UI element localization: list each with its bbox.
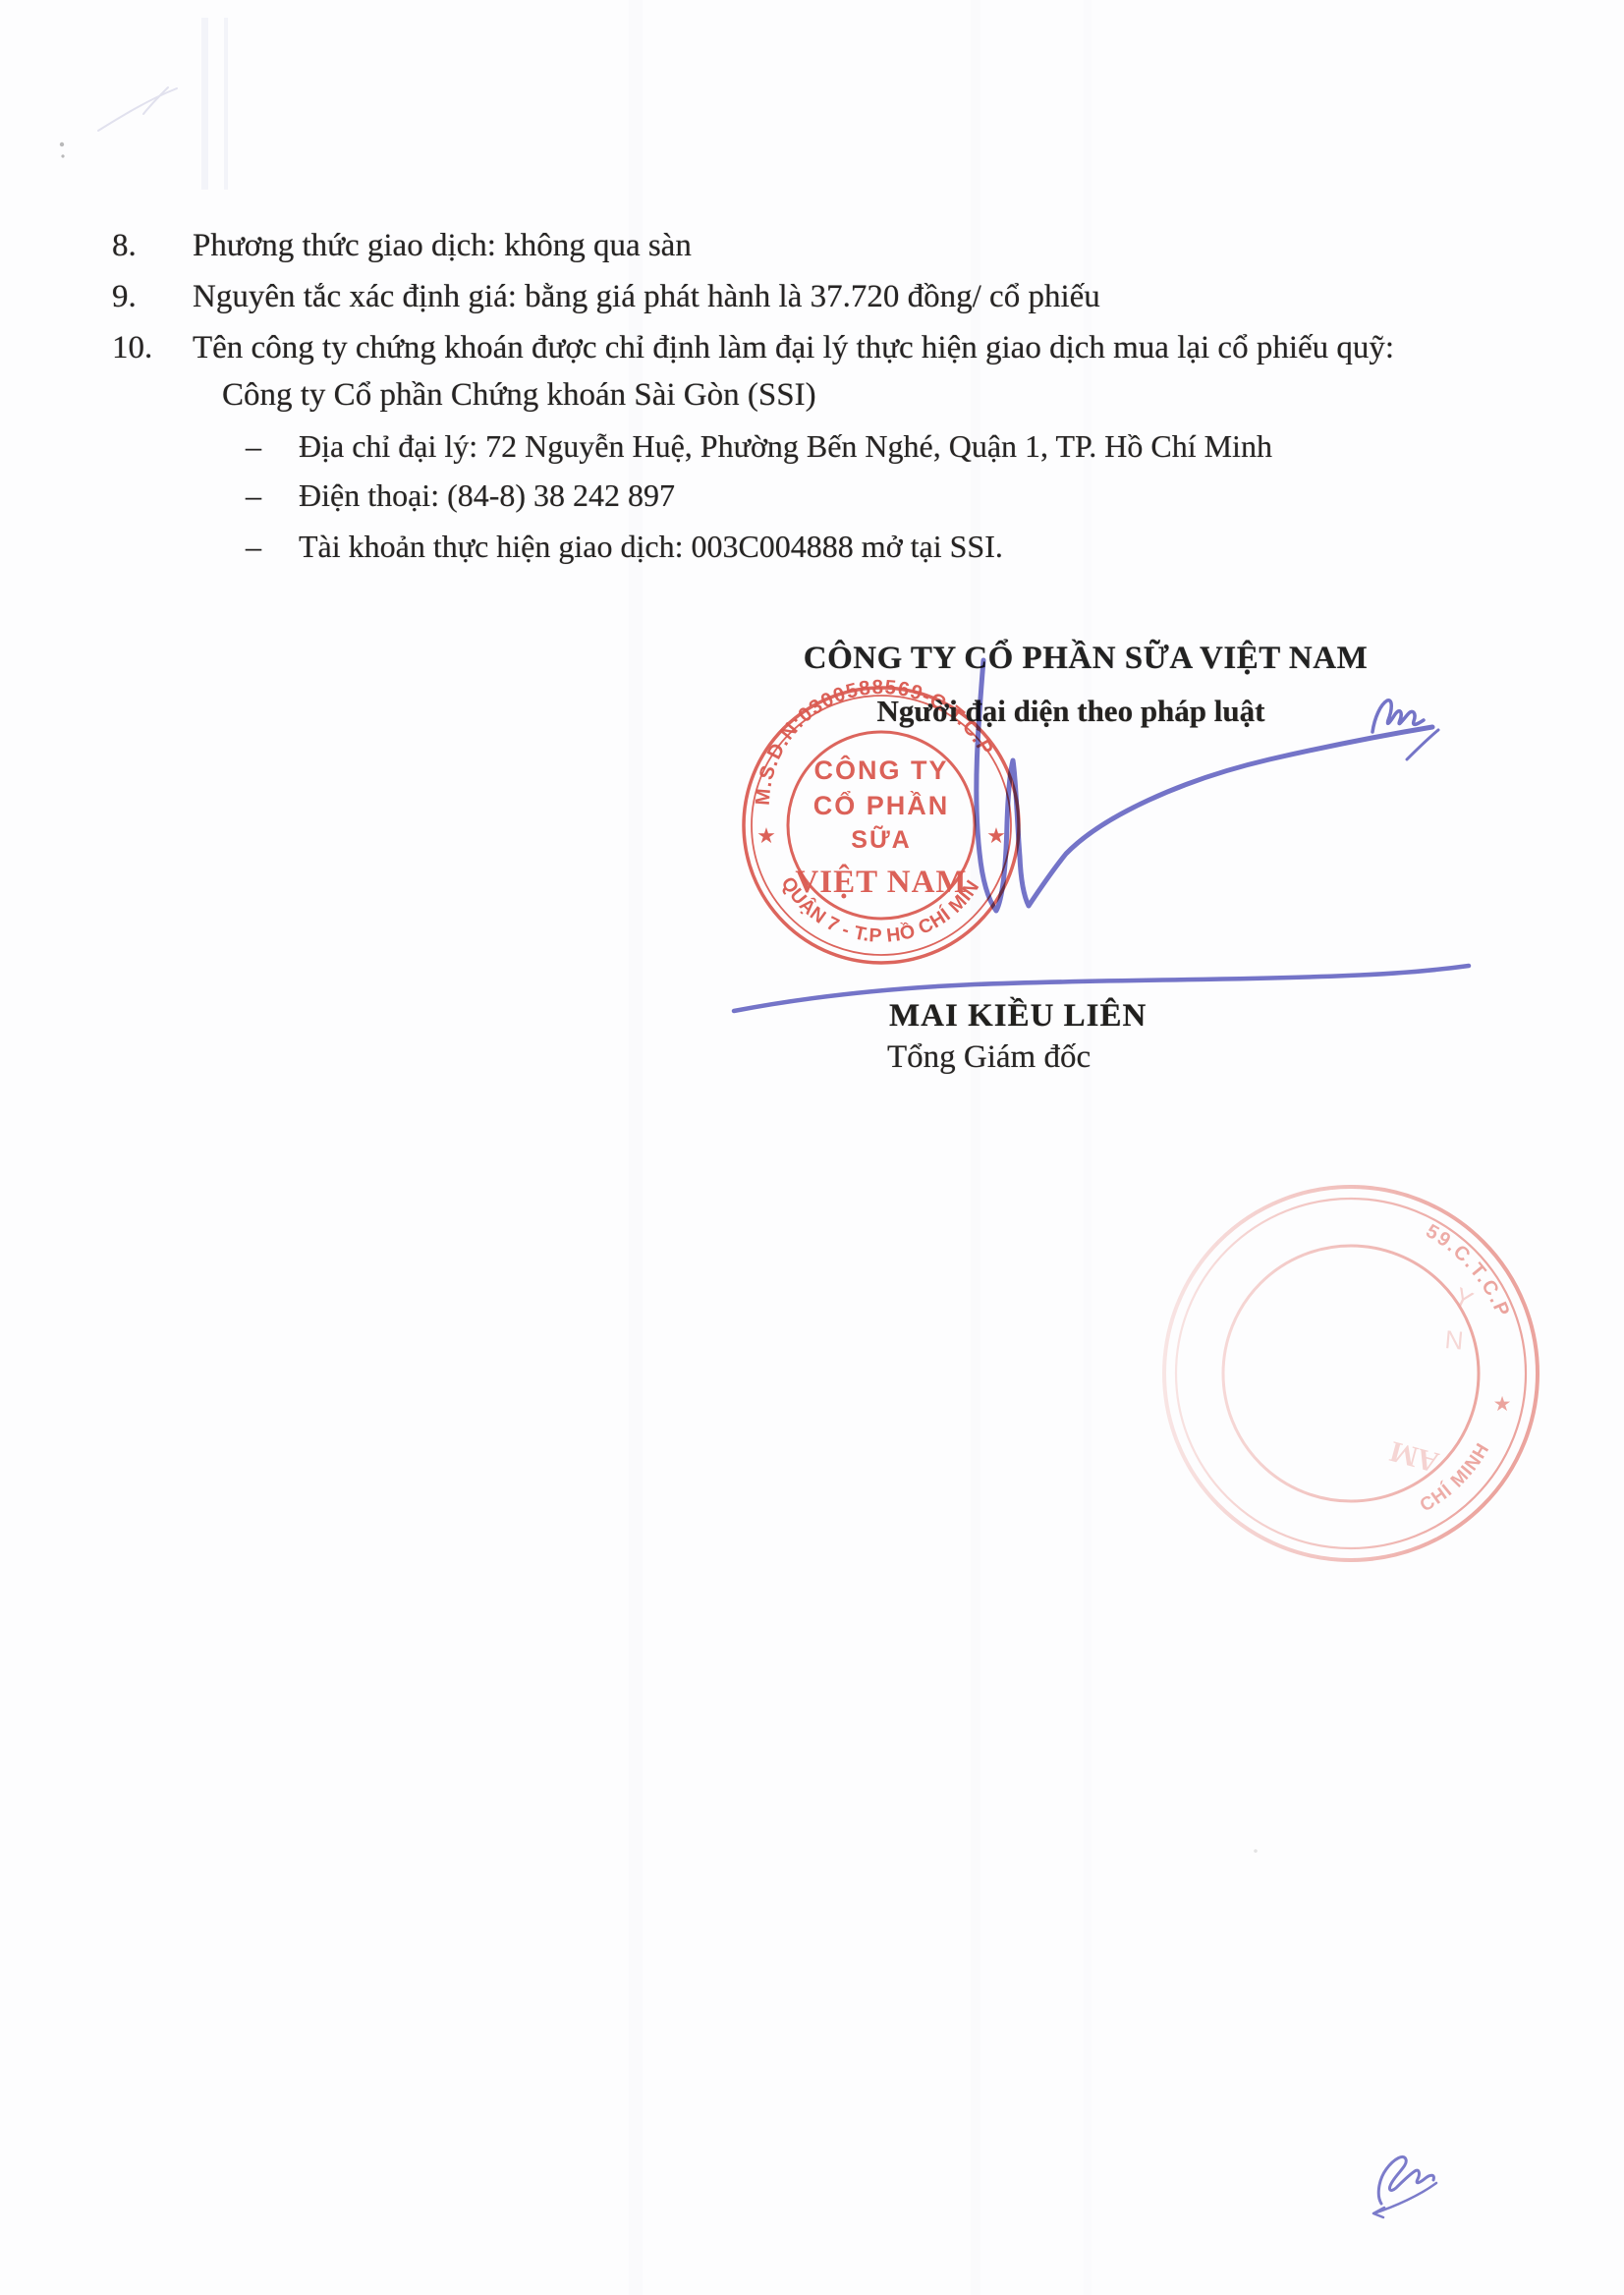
agent-company-line: Công ty Cổ phần Chứng khoán Sài Gòn (SSI… [222, 377, 816, 414]
legal-representative-line: Người đại diện theo pháp luật [747, 694, 1395, 729]
list-item-10: 10.Tên công ty chứng khoán được chỉ định… [112, 326, 1394, 369]
signer-title: Tổng Giám đốc [887, 1039, 1091, 1076]
list-item-8: 8.Phương thức giao dịch: không qua sàn [112, 224, 692, 267]
item-text: Phương thức giao dịch: không qua sàn [193, 228, 692, 263]
scan-streak [224, 18, 228, 190]
item-text: Tên công ty chứng khoán được chỉ định là… [193, 330, 1394, 365]
detail-text: Địa chỉ đại lý: 72 Nguyễn Huệ, Phường Bế… [299, 428, 1272, 464]
detail-text: Điện thoại: (84-8) 38 242 897 [299, 477, 675, 513]
ghost-seal-faint-letter: AM [1386, 1434, 1442, 1479]
ghost-seal-bottom-text: CHÍ MINH [1417, 1439, 1494, 1516]
list-item-9: 9.Nguyên tắc xác định giá: bằng giá phát… [112, 275, 1100, 318]
scanned-document-page: 8.Phương thức giao dịch: không qua sàn 9… [0, 0, 1624, 2295]
paraph-underline [1373, 2183, 1436, 2217]
ghost-seal-faint-letter: N [1443, 1324, 1464, 1356]
agent-detail-address: –Địa chỉ đại lý: 72 Nguyễn Huệ, Phường B… [246, 428, 1272, 465]
ghost-seal-faint-letter: Y [1449, 1281, 1477, 1315]
item-marker: 9. [112, 275, 193, 318]
seal-star-left-icon: ★ [756, 823, 776, 848]
paraph-scribble [1378, 2156, 1433, 2204]
agent-detail-account: –Tài khoản thực hiện giao dịch: 003C0048… [246, 529, 1003, 565]
ghost-seal-star-icon: ★ [1493, 1392, 1512, 1416]
dash: – [246, 428, 299, 465]
initials-slash [1407, 730, 1438, 759]
paraph-signature-bottom [1373, 2156, 1436, 2217]
ghost-seal-outer-ring [1164, 1187, 1538, 1560]
dash: – [246, 529, 299, 565]
seal-center-line-3: SỮA [851, 824, 911, 854]
scan-streak [201, 18, 208, 190]
pencil-mark [98, 87, 177, 131]
ghost-seal-inner-ring [1223, 1246, 1479, 1501]
seal-center-line-4: VIỆT NAM [795, 863, 967, 900]
item-marker: 8. [112, 224, 193, 267]
ghost-seal: 59.C.T.C.P CHÍ MINH ★ Y N AM [1164, 1187, 1538, 1560]
agent-detail-phone: –Điện thoại: (84-8) 38 242 897 [246, 477, 675, 514]
ghost-seal-arc-text: 59.C.T.C.P [1422, 1220, 1514, 1321]
detail-text: Tài khoản thực hiện giao dịch: 003C00488… [299, 529, 1003, 564]
ghost-seal-second-ring [1176, 1199, 1526, 1548]
seal-center-line-1: CÔNG TY [813, 755, 948, 785]
seal-center-line-2: CỔ PHẦN [813, 790, 950, 820]
signer-name: MAI KIỀU LIÊN [889, 998, 1147, 1035]
company-signature-heading: CÔNG TY CỔ PHẦN SỮA VIỆT NAM [747, 641, 1425, 677]
dash: – [246, 477, 299, 514]
item-text: Nguyên tắc xác định giá: bằng giá phát h… [193, 279, 1100, 314]
item-marker: 10. [112, 326, 193, 369]
seal-star-right-icon: ★ [986, 823, 1006, 848]
